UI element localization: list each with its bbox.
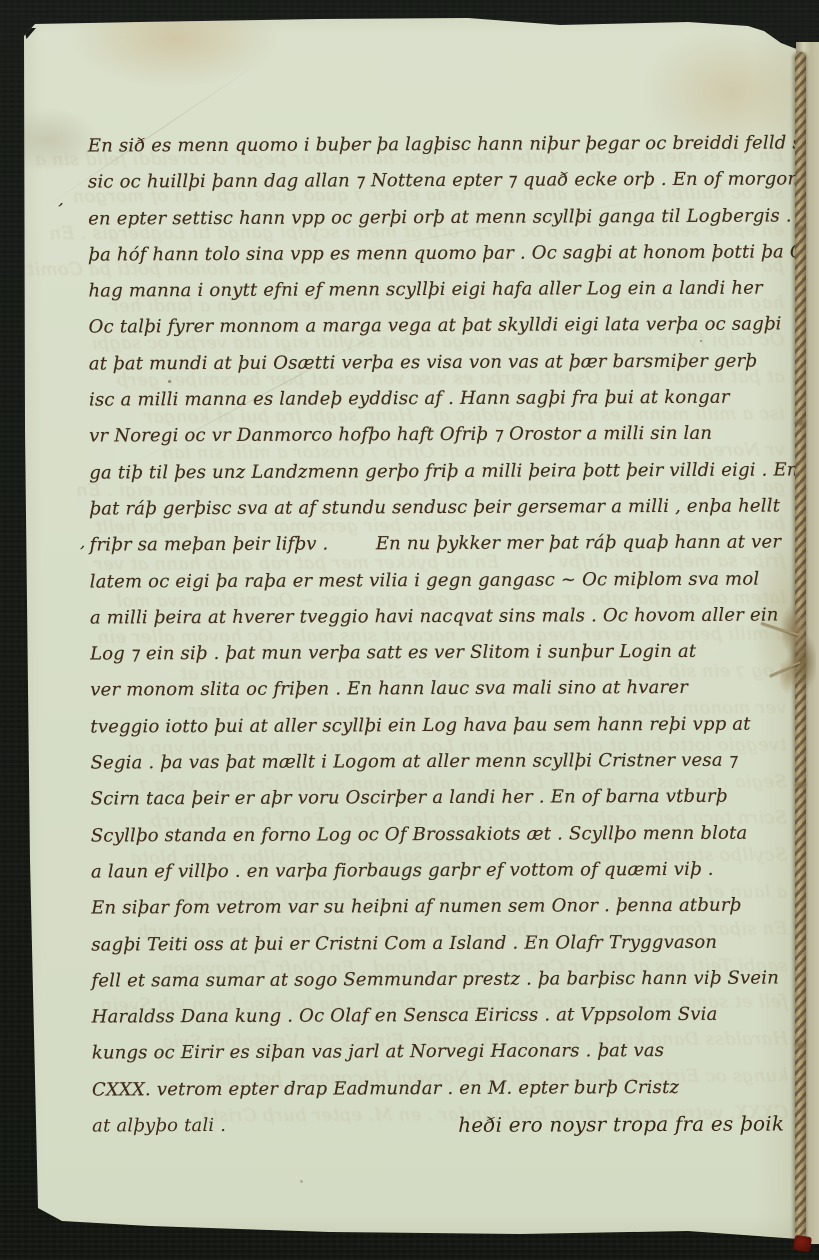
cord-knot	[780, 592, 816, 700]
margin-pen-mark: ʼ	[54, 200, 64, 221]
manuscript-line: sic oc huillþi þann dag allan ⁊ Nottena …	[88, 162, 780, 201]
manuscript-line: vr Noregi oc vr Danmorco hofþo haft Ofri…	[89, 416, 781, 455]
manuscript-line: Haraldss Dana kung . Oc Olaf en Sensca E…	[92, 997, 784, 1036]
manuscript-line: þa hóf hann tolo sina vpp es menn quomo …	[88, 234, 780, 273]
dirt-speck	[300, 1180, 303, 1183]
manuscript-last-line: at alþyþo tali . heði ero noysr tropa fr…	[92, 1106, 784, 1145]
manuscript-line: Oc talþi fyrer monnom a marga vega at þa…	[89, 307, 781, 346]
handwritten-text-block: En sið es menn quomo i buþer þa lagþisc …	[88, 125, 784, 1144]
manuscript-line: fell et sama sumar at sogo Semmundar pre…	[91, 960, 783, 999]
manuscript-line: latem oc eigi þa raþa er mest vilia i ge…	[90, 561, 782, 600]
manuscript-line: ga tiþ til þes unz Landzmenn gerþo friþ …	[89, 452, 781, 491]
cord-junction	[793, 224, 808, 234]
manuscript-line: at þat mundi at þui Osætti verþa es visa…	[89, 343, 781, 382]
cord-junction	[793, 418, 808, 428]
corner-damage	[24, 28, 36, 39]
red-edge-mark	[793, 1235, 812, 1252]
last-line-main-hand: at alþyþo tali .	[92, 1108, 226, 1145]
manuscript-line: sagþi Teiti oss at þui er Cristni Com a …	[91, 924, 783, 963]
manuscript-line: kungs oc Eirir es siþan vas jarl at Norv…	[92, 1033, 784, 1072]
manuscript-line: en epter settisc hann vpp oc gerþi orþ a…	[88, 198, 780, 237]
manuscript-line: a laun ef villþo . en varþa fiorbaugs ga…	[91, 851, 783, 890]
cord-junction	[793, 780, 808, 790]
manuscript-photo-background: En sið es menn quomo i buþer þa lagþisc …	[0, 0, 819, 1260]
manuscript-line: En siþar fom vetrom var su heiþni af num…	[91, 888, 783, 927]
manuscript-line: friþr sa meþan þeir lifþv . En nu þykker…	[90, 525, 782, 564]
manuscript-line: hag manna i onytt efni ef menn scyllþi e…	[88, 271, 780, 310]
parchment-page: En sið es menn quomo i buþer þa lagþisc …	[0, 0, 819, 1260]
manuscript-line: Segia . þa vas þat mællt i Logom at alle…	[90, 743, 782, 782]
margin-pen-mark: ʼ	[76, 543, 85, 564]
manuscript-line: ver monom slita oc friþen . En hann lauc…	[90, 670, 782, 709]
cord-junction	[793, 1040, 808, 1050]
last-line-later-hand: heði ero noysr tropa fra es þoik	[458, 1106, 784, 1144]
manuscript-line: tveggio iotto þui at aller scyllþi ein L…	[90, 706, 782, 745]
manuscript-line: CXXX. vetrom epter drap Eadmundar . en M…	[92, 1069, 784, 1108]
manuscript-line: Log ⁊ ein siþ . þat mun verþa satt es ve…	[90, 634, 782, 673]
manuscript-line: a milli þeira at hverer tveggio havi nac…	[90, 597, 782, 636]
manuscript-line: Scyllþo standa en forno Log oc Of Brossa…	[91, 815, 783, 854]
manuscript-line: isc a milli manna es landeþ eyddisc af .…	[89, 380, 781, 419]
manuscript-line: En sið es menn quomo i buþer þa lagþisc …	[88, 125, 780, 164]
manuscript-line: þat ráþ gerþisc sva at af stundu sendusc…	[89, 488, 781, 527]
manuscript-line: Scirn taca þeir er aþr voru Oscirþer a l…	[91, 779, 783, 818]
